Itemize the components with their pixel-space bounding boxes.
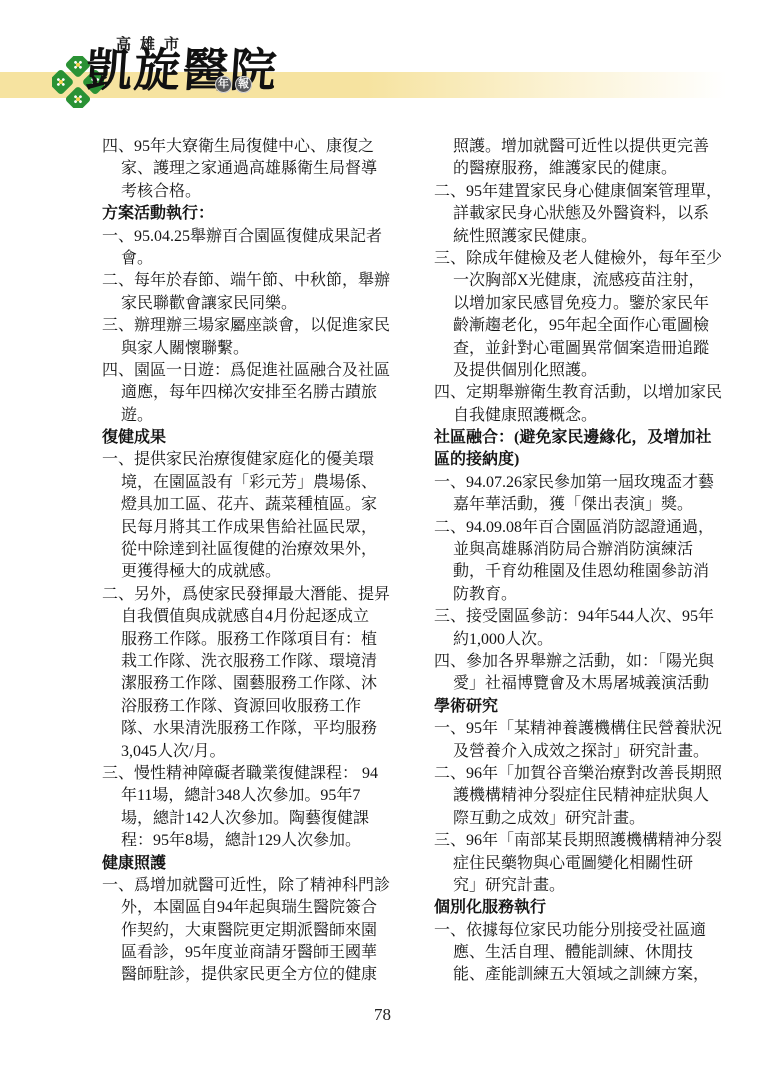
text-line: 一、提供家民治療復健家庭化的優美環 bbox=[102, 449, 390, 471]
text-line: 四、參加各界舉辦之活動，如：「陽光與 bbox=[434, 651, 722, 673]
text-line: 三、除成年健檢及老人健檢外，每年至少 bbox=[434, 248, 722, 270]
section-heading: 方案活動執行： bbox=[102, 203, 390, 225]
text-line: 動，千育幼稚園及佳恩幼稚園參訪消 bbox=[434, 561, 722, 583]
text-line: 護機構精神分裂症住民精神症狀與人 bbox=[434, 785, 722, 807]
text-line: 二、96年「加賀谷音樂治療對改善長期照 bbox=[434, 763, 722, 785]
section-heading: 學術研究 bbox=[434, 696, 722, 718]
text-line: 區看診，95年度並商請牙醫師王國華 bbox=[102, 942, 390, 964]
section-heading: 社區融合：(避免家民邊緣化，及增加社 bbox=[434, 427, 722, 449]
text-line: 三、96年「南部某長期照護機構精神分裂 bbox=[434, 830, 722, 852]
text-line: 作契約，大東醫院更定期派醫師來園 bbox=[102, 920, 390, 942]
text-line: 際互動之成效」研究計畫。 bbox=[434, 808, 722, 830]
text-line: 與家人關懷聯繫。 bbox=[102, 338, 390, 360]
text-line: 家民聯歡會讓家民同樂。 bbox=[102, 293, 390, 315]
text-line: 四、95年大寮衛生局復健中心、康復之 bbox=[102, 136, 390, 158]
section-heading: 個別化服務執行 bbox=[434, 897, 722, 919]
text-line: 隊、水果清洗服務工作隊，平均服務 bbox=[102, 718, 390, 740]
text-line: 從中除達到社區復健的治療效果外， bbox=[102, 539, 390, 561]
text-line: 境，在園區設有「彩元芳」農場係、 bbox=[102, 472, 390, 494]
text-line: 齡漸趨老化，95年起全面作心電圖檢 bbox=[434, 315, 722, 337]
text-line: 能、產能訓練五大領域之訓練方案， bbox=[434, 964, 722, 986]
text-line: 一次胸部X光健康，流感疫苗注射， bbox=[434, 270, 722, 292]
text-line: 一、95年「某精神養護機構住民營養狀況 bbox=[434, 718, 722, 740]
text-line: 一、爲增加就醫可近性，除了精神科門診 bbox=[102, 875, 390, 897]
left-text-column: 四、95年大寮衛生局復健中心、康復之 家、護理之家通過高雄縣衛生局督導 考核合格… bbox=[102, 136, 390, 987]
text-line: 二、94.09.08年百合園區消防認證通過， bbox=[434, 517, 722, 539]
text-line: 照護。增加就醫可近性以提供更完善 bbox=[434, 136, 722, 158]
annual-report-badges: 年 報 bbox=[215, 76, 252, 93]
text-line: 的醫療服務，維護家民的健康。 bbox=[434, 158, 722, 180]
text-line: 約1,000人次。 bbox=[434, 629, 722, 651]
text-line: 二、每年於春節、端午節、中秋節，舉辦 bbox=[102, 270, 390, 292]
text-line: 民每月將其工作成果售給社區民眾， bbox=[102, 517, 390, 539]
section-heading: 復健成果 bbox=[102, 427, 390, 449]
right-text-column: 照護。增加就醫可近性以提供更完善 的醫療服務，維護家民的健康。 二、95年建置家… bbox=[434, 136, 722, 987]
text-line: 自我價值與成就感自4月份起逐成立 bbox=[102, 606, 390, 628]
text-line: 愛」社福博覽會及木馬屠城義演活動 bbox=[434, 673, 722, 695]
text-line: 二、另外，爲使家民發揮最大潛能、提昇 bbox=[102, 584, 390, 606]
text-line: 更獲得極大的成就感。 bbox=[102, 561, 390, 583]
text-line: 潔服務工作隊、園藝服務工作隊、沐 bbox=[102, 673, 390, 695]
text-line: 外，本園區自94年起與瑞生醫院簽合 bbox=[102, 897, 390, 919]
text-line: 醫師駐診，提供家民更全方位的健康 bbox=[102, 964, 390, 986]
text-line: 栽工作隊、洗衣服務工作隊、環境清 bbox=[102, 651, 390, 673]
text-line: 三、接受園區參訪：94年544人次、95年 bbox=[434, 606, 722, 628]
text-line: 會。 bbox=[102, 248, 390, 270]
text-line: 三、辦理辦三場家屬座談會，以促進家民 bbox=[102, 315, 390, 337]
text-line: 應、生活自理、體能訓練、休閒技 bbox=[434, 942, 722, 964]
text-line: 及營養介入成效之探討」研究計畫。 bbox=[434, 741, 722, 763]
text-line: 症住民藥物與心電圖變化相關性研 bbox=[434, 853, 722, 875]
text-line: 二、95年建置家民身心健康個案管理單， bbox=[434, 181, 722, 203]
text-line: 一、依據每位家民功能分別接受社區適 bbox=[434, 920, 722, 942]
text-line: 詳載家民身心狀態及外醫資料，以系 bbox=[434, 203, 722, 225]
page-number: 78 bbox=[0, 1005, 765, 1025]
text-line: 遊。 bbox=[102, 405, 390, 427]
text-line: 嘉年華活動，獲「傑出表演」獎。 bbox=[434, 494, 722, 516]
text-line: 四、定期舉辦衛生教育活動，以增加家民 bbox=[434, 382, 722, 404]
text-line: 燈具加工區、花卉、蔬菜種植區。家 bbox=[102, 494, 390, 516]
text-line: 家、護理之家通過高雄縣衛生局督導 bbox=[102, 158, 390, 180]
text-line: 程：95年8場，總計129人次參加。 bbox=[102, 830, 390, 852]
text-line: 一、94.07.26家民參加第一屆玫瑰盃才藝 bbox=[434, 472, 722, 494]
text-line: 查，並針對心電圖異常個案造冊追蹤 bbox=[434, 338, 722, 360]
section-heading: 區的接納度) bbox=[434, 449, 722, 471]
text-line: 四、園區一日遊：爲促進社區融合及社區 bbox=[102, 360, 390, 382]
text-line: 年11場，總計348人次參加。95年7 bbox=[102, 785, 390, 807]
badge-report: 報 bbox=[235, 76, 252, 93]
text-line: 以增加家民感冒免疫力。鑒於家民年 bbox=[434, 293, 722, 315]
text-line: 場，總計142人次參加。陶藝復健課 bbox=[102, 808, 390, 830]
text-line: 一、95.04.25舉辦百合園區復健成果記者 bbox=[102, 226, 390, 248]
text-line: 浴服務工作隊、資源回收服務工作 bbox=[102, 696, 390, 718]
text-line: 自我健康照護概念。 bbox=[434, 405, 722, 427]
text-line: 並與高雄縣消防局合辦消防演練活 bbox=[434, 539, 722, 561]
text-line: 防教育。 bbox=[434, 584, 722, 606]
report-page: 高雄市 凱旋醫院 年 報 四、95年大寮衛生局復健中心、康復之 家、護理之家通過… bbox=[0, 0, 765, 1073]
text-line: 考核合格。 bbox=[102, 181, 390, 203]
text-line: 適應，每年四梯次安排至名勝古蹟旅 bbox=[102, 382, 390, 404]
badge-year: 年 bbox=[215, 76, 232, 93]
text-line: 服務工作隊。服務工作隊項目有：植 bbox=[102, 629, 390, 651]
text-line: 及提供個別化照護。 bbox=[434, 360, 722, 382]
text-line: 統性照護家民健康。 bbox=[434, 226, 722, 248]
text-line: 3,045人次/月。 bbox=[102, 741, 390, 763]
section-heading: 健康照護 bbox=[102, 853, 390, 875]
text-line: 三、慢性精神障礙者職業復健課程： 94 bbox=[102, 763, 390, 785]
text-line: 究」研究計畫。 bbox=[434, 875, 722, 897]
